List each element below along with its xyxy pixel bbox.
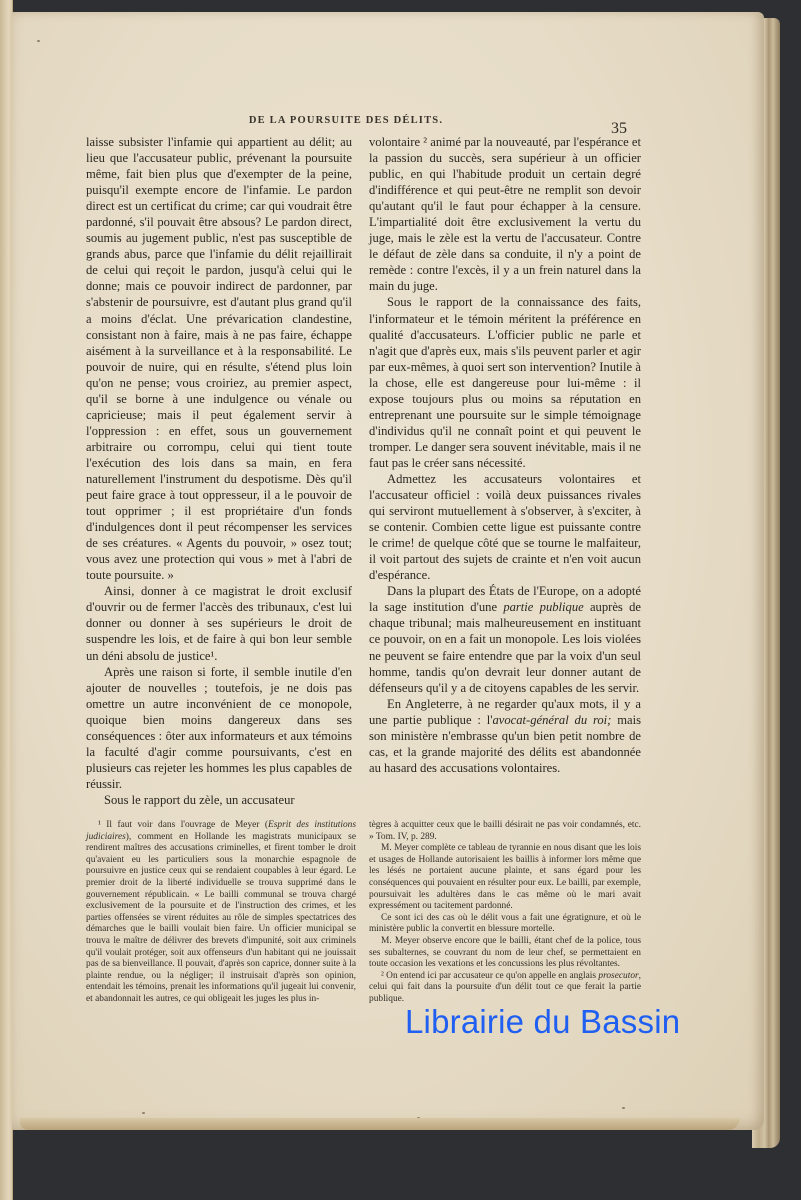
paragraph-europe: Dans la plupart des États de l'Europe, o… [369, 583, 641, 695]
text-run: Il faut voir dans l'ouvrage de Meyer ( [101, 820, 268, 830]
footnote-1: ¹ Il faut voir dans l'ouvrage de Meyer (… [86, 820, 356, 1006]
paragraph: Sous le rapport de la connaissance des f… [369, 294, 641, 471]
paper-speck [142, 1112, 145, 1114]
paragraph-england: En Angleterre, à ne regarder qu'aux mots… [369, 696, 641, 776]
paragraph: Ainsi, donner à ce magistrat le droit ex… [86, 583, 352, 663]
footnote-paragraph: Ce sont ici des cas où le délit vous a f… [369, 913, 641, 936]
paper-speck [37, 40, 40, 42]
italic-term: partie publique [503, 600, 583, 614]
footnote-continuation: tègres à acquitter ceux que le bailli dé… [369, 820, 641, 843]
running-head: DE LA POURSUITE DES DÉLITS. [86, 115, 606, 126]
italic-term: avocat-général du roi; [492, 713, 611, 727]
watermark-text: Librairie du Bassin [405, 1003, 680, 1041]
paragraph: volontaire ² animé par la nouveauté, par… [369, 134, 641, 294]
page-bottom-edge [20, 1118, 740, 1130]
right-column: volontaire ² animé par la nouveauté, par… [369, 134, 641, 776]
italic-term: prosecutor [598, 971, 638, 981]
paragraph: Sous le rapport du zèle, un accusateur [86, 792, 352, 808]
footnote-paragraph: M. Meyer complète ce tableau de tyrannie… [369, 843, 641, 913]
text-run: On entend ici par accusateur ce qu'on ap… [384, 971, 599, 981]
paragraph: laisse subsister l'infamie qui appartien… [86, 134, 352, 583]
paper-speck [622, 1107, 625, 1109]
paragraph: Après une raison si forte, il semble inu… [86, 664, 352, 792]
footnote-paragraph: M. Meyer observe encore que le bailli, é… [369, 936, 641, 971]
left-column: laisse subsister l'infamie qui appartien… [86, 134, 352, 808]
paragraph: Admettez les accusateurs volontaires et … [369, 471, 641, 583]
footnotes-right: tègres à acquitter ceux que le bailli dé… [369, 820, 641, 1006]
text-run: ), comment en Hollande les magistrats mu… [86, 832, 356, 1004]
footnote-2: ² On entend ici par accusateur ce qu'on … [369, 971, 641, 1006]
footnotes-left: ¹ Il faut voir dans l'ouvrage de Meyer (… [86, 820, 356, 1006]
text-run: auprès de chaque tribunal; mais malheure… [369, 600, 641, 694]
